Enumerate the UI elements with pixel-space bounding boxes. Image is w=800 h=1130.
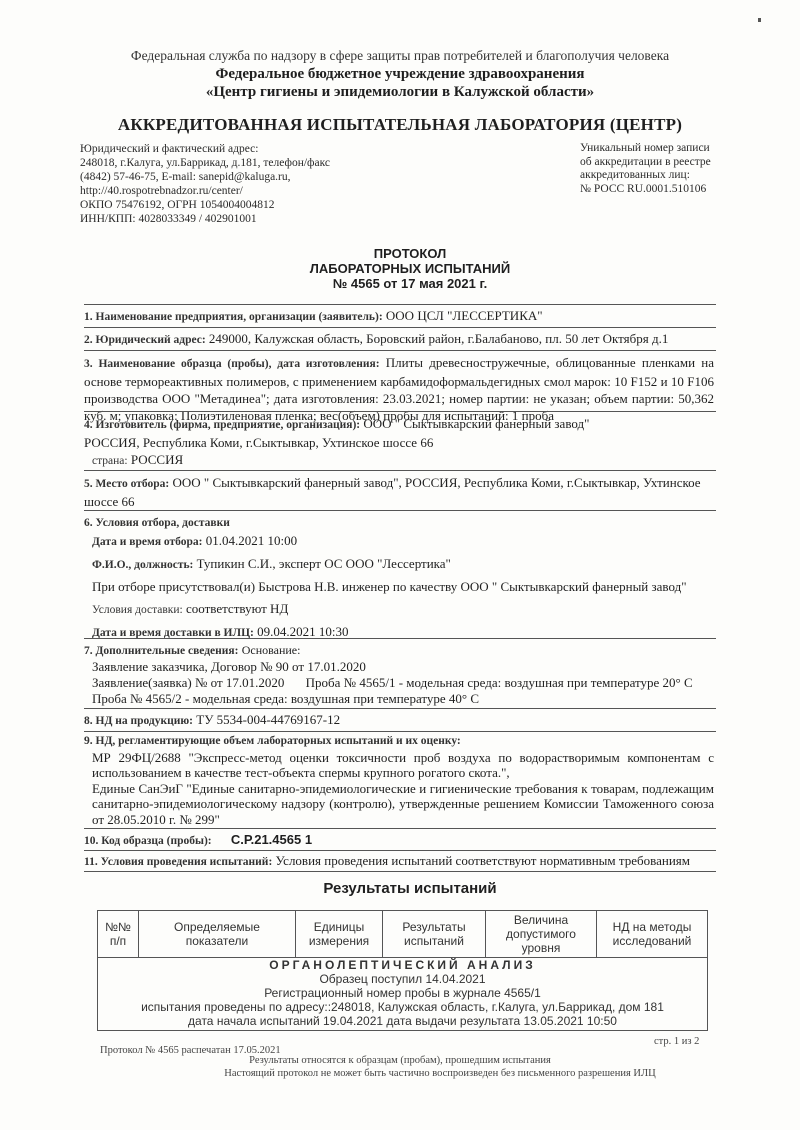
section-value: ООО " Сыктывкарский фанерный завод" [363,416,589,431]
address-block: Юридический и фактический адрес: 248018,… [80,142,330,226]
protocol-title: ПРОТОКОЛ ЛАБОРАТОРНЫХ ИСПЫТАНИЙ № 4565 о… [0,246,800,291]
section-additional-info: 7. Дополнительные сведения: Основание: З… [84,642,714,707]
section-sampling-place: 5. Место отбора: ООО " Сыктывкарский фан… [84,474,714,510]
page-number: стр. 1 из 2 [654,1036,699,1047]
address-line: ИНН/КПП: 4028033349 / 402901001 [80,212,330,226]
section-value: 249000, Калужская область, Боровский рай… [209,331,668,346]
standard-mr: МР 29ФЦ/2688 "Экспресс-метод оценки токс… [84,750,714,781]
section-value: ООО ЦСЛ "ЛЕССЕРТИКА" [386,308,543,323]
accreditation-block: Уникальный номер записи об аккредитации … [580,142,711,196]
divider [84,304,716,305]
protocol-title-line-2: ЛАБОРАТОРНЫХ ИСПЫТАНИЙ [0,261,800,276]
section-label: 11. Условия проведения испытаний: [84,856,272,868]
delivery-conditions-label: Условия доставки: [92,604,183,616]
country-label: страна: [92,455,128,467]
address-line: 248018, г.Калуга, ул.Баррикад, д.181, те… [80,156,330,170]
institution-line-1: Федеральное бюджетное учреждение здравоо… [0,66,800,83]
group-title: ОРГАНОЛЕПТИЧЕСКИЙ АНАЛИЗ [100,958,705,972]
group-cell: ОРГАНОЛЕПТИЧЕСКИЙ АНАЛИЗ Образец поступи… [98,958,708,1031]
divider [84,828,716,829]
section-value: ТУ 5534-004-44769167-12 [196,712,340,727]
address-line: (4842) 57-46-75, E-mail: sanepid@kaluga.… [80,170,330,184]
person-value: Тупикин С.И., эксперт ОС ООО "Лессертика… [197,556,451,571]
section-manufacturer: 4. Изготовитель (фирма, предприятие, орг… [84,415,714,470]
section-sampling-conditions: 6. Условия отбора, доставки Дата и время… [84,514,714,642]
col-indicator: Определяемые показатели [139,911,296,958]
results-title: Результаты испытаний [0,880,800,897]
sample-1-info: Проба № 4565/1 - модельная среда: воздуш… [306,675,693,690]
results-table: №№ п/п Определяемые показатели Единицы и… [97,910,708,1031]
accreditation-line: аккредитованных лиц: [580,169,711,183]
divider [84,327,716,328]
accreditation-line: № РОСС RU.0001.510106 [580,183,711,197]
col-units: Единицы измерения [296,911,383,958]
sample-2-info: Проба № 4565/2 - модельная среда: воздуш… [84,691,714,707]
section-sample-name: 3. Наименование образца (пробы), дата из… [84,354,714,424]
section-label: 8. НД на продукцию: [84,715,193,727]
basis-label: Основание: [242,643,301,657]
divider [84,510,716,511]
section-label: 10. Код образца (пробы): [84,835,212,847]
sampling-datetime-label: Дата и время отбора: [92,536,203,548]
divider [84,731,716,732]
divider [84,411,716,412]
divider [84,470,716,471]
group-line: испытания проведены по адресу::248018, К… [100,1000,705,1014]
address-line: ОКПО 75476192, ОГРН 1054004004812 [80,198,330,212]
divider [84,638,716,639]
protocol-number: № 4565 от 17 мая 2021 г. [0,276,800,291]
manufacturer-address: РОССИЯ, Республика Коми, г.Сыктывкар, Ух… [84,434,714,451]
table-header-row: №№ п/п Определяемые показатели Единицы и… [98,911,708,958]
protocol-title-line-1: ПРОТОКОЛ [0,246,800,261]
info-line: Заявление(заявка) № от 17.01.2020 [92,675,284,690]
footer-note-2: Настоящий протокол не может быть частичн… [40,1068,800,1079]
sample-code: С.Р.21.4565 1 [231,832,312,847]
lab-name: АККРЕДИТОВАННАЯ ИСПЫТАТЕЛЬНАЯ ЛАБОРАТОРИ… [0,115,800,135]
section-label: 2. Юридический адрес: [84,334,206,346]
section-applicant: 1. Наименование предприятия, организации… [84,307,714,326]
accreditation-line: об аккредитации в реестре [580,156,711,170]
info-line: Заявление заказчика, Договор № 90 от 17.… [84,659,714,675]
section-value: Условия проведения испытаний соответству… [276,853,690,868]
scan-speck [758,18,761,22]
section-label: 9. НД, регламентирующие объем лабораторн… [84,734,714,750]
delivery-datetime: 09.04.2021 10:30 [257,624,348,639]
agency-name: Федеральная служба по надзору в сфере за… [0,48,800,64]
section-label: 7. Дополнительные сведения: [84,645,238,657]
divider [84,708,716,709]
section-label: 4. Изготовитель (фирма, предприятие, орг… [84,419,360,431]
group-line: Регистрационный номер пробы в журнале 45… [100,986,705,1000]
country-value: РОССИЯ [131,452,183,467]
sampling-datetime: 01.04.2021 10:00 [206,533,297,548]
delivery-conditions: соответствуют НД [186,601,288,616]
institution-line-2: «Центр гигиены и эпидемиологии в Калужск… [0,84,800,101]
footer-note-1: Результаты относятся к образцам (пробам)… [0,1055,800,1066]
col-number: №№ п/п [98,911,139,958]
section-label: 6. Условия отбора, доставки [84,514,714,532]
col-results: Результаты испытаний [383,911,486,958]
section-sample-code: 10. Код образца (пробы): С.Р.21.4565 1 [84,831,714,850]
col-allowed-level: Величина допустимого уровня [486,911,597,958]
group-line: дата начала испытаний 19.04.2021 дата вы… [100,1014,705,1028]
section-value: ООО " Сыктывкарский фанерный завод", РОС… [84,475,701,509]
section-product-standard: 8. НД на продукцию: ТУ 5534-004-44769167… [84,711,714,730]
person-label: Ф.И.О., должность: [92,559,193,571]
section-test-standards: 9. НД, регламентирующие объем лабораторн… [84,734,714,827]
section-label: 5. Место отбора: [84,478,169,490]
section-label: 3. Наименование образца (пробы), дата из… [84,358,380,370]
group-line: Образец поступил 14.04.2021 [100,972,705,986]
divider [84,871,716,872]
section-test-conditions: 11. Условия проведения испытаний: Услови… [84,852,714,871]
table-group-row: ОРГАНОЛЕПТИЧЕСКИЙ АНАЛИЗ Образец поступи… [98,958,708,1031]
standard-sanepid: Единые СанЭиГ "Единые санитарно-эпидемио… [84,781,714,828]
divider [84,350,716,351]
address-line: Юридический и фактический адрес: [80,142,330,156]
col-method-standard: НД на методы исследований [597,911,708,958]
section-label: 1. Наименование предприятия, организации… [84,311,383,323]
address-line: http://40.rospotrebnadzor.ru/center/ [80,184,330,198]
present-persons: При отборе присутствовал(и) Быстрова Н.В… [84,578,714,596]
accreditation-line: Уникальный номер записи [580,142,711,156]
divider [84,850,716,851]
section-legal-address: 2. Юридический адрес: 249000, Калужская … [84,330,714,349]
